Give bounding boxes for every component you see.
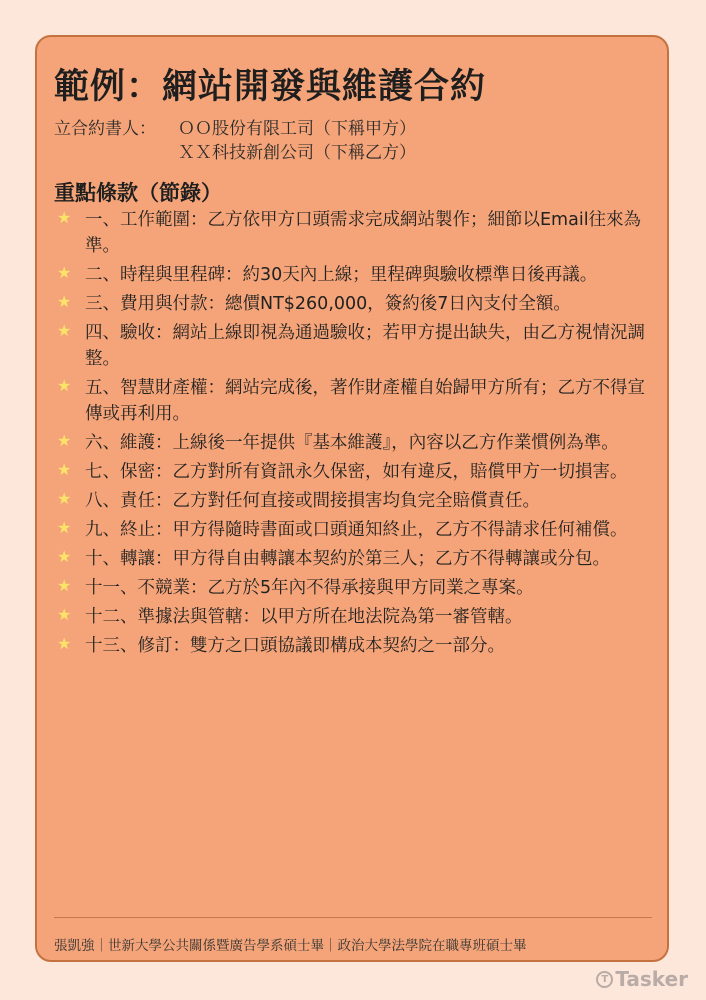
contract-card: 範例：網站開發與維護合約 立合約書人： ＯＯ股份有限工司（下稱甲方） ＸＸ科技新… bbox=[35, 35, 669, 962]
star-icon: ★ bbox=[54, 604, 85, 630]
star-icon: ★ bbox=[54, 546, 85, 572]
star-icon: ★ bbox=[54, 517, 85, 543]
contract-parties: 立合約書人： ＯＯ股份有限工司（下稱甲方） ＸＸ科技新創公司（下稱乙方） bbox=[54, 117, 416, 165]
list-item: ★十、轉讓：甲方得自由轉讓本契約於第三人；乙方不得轉讓或分包。 bbox=[54, 546, 654, 572]
star-icon: ★ bbox=[54, 207, 85, 259]
list-item: ★六、維護：上線後一年提供『基本維護』，內容以乙方作業慣例為準。 bbox=[54, 430, 654, 456]
footer-divider bbox=[54, 917, 652, 918]
star-icon: ★ bbox=[54, 291, 85, 317]
list-item: ★九、終止：甲方得隨時書面或口頭通知終止，乙方不得請求任何補償。 bbox=[54, 517, 654, 543]
party-b: ＸＸ科技新創公司（下稱乙方） bbox=[178, 141, 416, 165]
tasker-logo-icon: T bbox=[596, 971, 613, 988]
star-icon: ★ bbox=[54, 575, 85, 601]
list-item: ★七、保密：乙方對所有資訊永久保密，如有違反，賠償甲方一切損害。 bbox=[54, 459, 654, 485]
list-item: ★一、工作範圍：乙方依甲方口頭需求完成網站製作；細節以Email往來為準。 bbox=[54, 207, 654, 259]
list-item: ★十二、準據法與管轄：以甲方所在地法院為第一審管轄。 bbox=[54, 604, 654, 630]
party-a: ＯＯ股份有限工司（下稱甲方） bbox=[178, 117, 416, 141]
list-item: ★二、時程與里程碑：約30天內上線；里程碑與驗收標準日後再議。 bbox=[54, 262, 654, 288]
clause-list: ★一、工作範圍：乙方依甲方口頭需求完成網站製作；細節以Email往來為準。 ★二… bbox=[54, 207, 654, 662]
list-item: ★十一、不競業：乙方於5年內不得承接與甲方同業之專案。 bbox=[54, 575, 654, 601]
list-item: ★十三、修訂：雙方之口頭協議即構成本契約之一部分。 bbox=[54, 633, 654, 659]
star-icon: ★ bbox=[54, 459, 85, 485]
star-icon: ★ bbox=[54, 320, 85, 372]
tasker-watermark: T Tasker bbox=[596, 967, 688, 991]
list-item: ★四、驗收：網站上線即視為通過驗收；若甲方提出缺失，由乙方視情況調整。 bbox=[54, 320, 654, 372]
star-icon: ★ bbox=[54, 488, 85, 514]
list-item: ★八、責任：乙方對任何直接或間接損害均負完全賠償責任。 bbox=[54, 488, 654, 514]
watermark-text: Tasker bbox=[615, 967, 688, 991]
star-icon: ★ bbox=[54, 430, 85, 456]
parties-label: 立合約書人： bbox=[54, 117, 178, 141]
star-icon: ★ bbox=[54, 262, 85, 288]
page-title: 範例：網站開發與維護合約 bbox=[54, 59, 486, 109]
list-item: ★五、智慧財產權：網站完成後，著作財產權自始歸甲方所有；乙方不得宣傳或再利用。 bbox=[54, 375, 654, 427]
star-icon: ★ bbox=[54, 633, 85, 659]
author-credit: 張凱強｜世新大學公共關係暨廣告學系碩士畢｜政治大學法學院在職專班碩士畢 bbox=[54, 934, 527, 954]
list-item: ★三、費用與付款：總價NT$260,000，簽約後7日內支付全額。 bbox=[54, 291, 654, 317]
section-title: 重點條款（節錄） bbox=[54, 177, 222, 207]
star-icon: ★ bbox=[54, 375, 85, 427]
